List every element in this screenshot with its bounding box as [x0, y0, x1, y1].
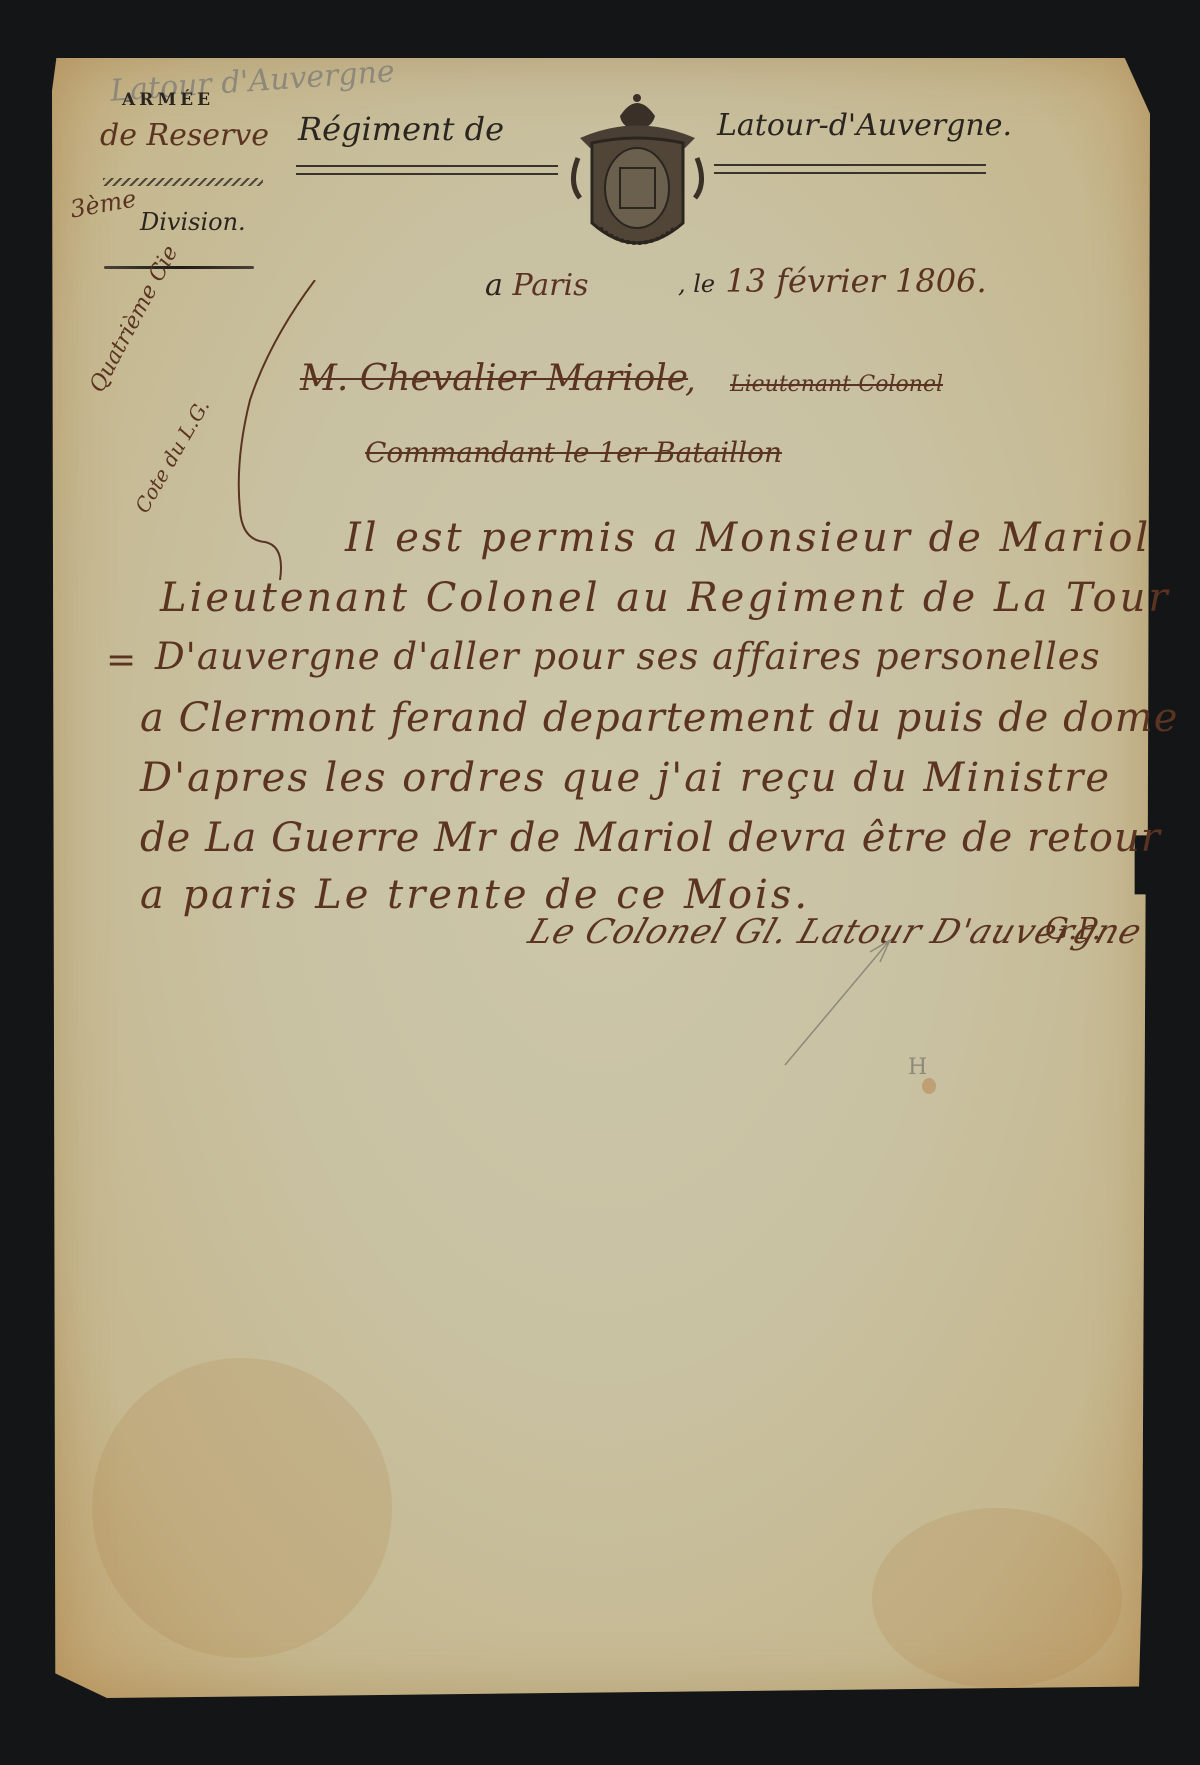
pencil-mark: H — [908, 1055, 927, 1080]
date: , le 13 février 1806. — [678, 262, 987, 300]
place-prefix: a — [485, 268, 503, 303]
body-line-4: a Clermont ferand departement du puis de… — [140, 695, 1178, 741]
body-line-6: de La Guerre Mr de Mariol devra être de … — [140, 815, 1161, 861]
age-stain — [872, 1508, 1122, 1688]
body-line-5: D'apres les ordres que j'ai reçu du Mini… — [140, 755, 1111, 801]
addressee-command: Commandant le 1er Bataillon — [365, 436, 782, 469]
date-prefix: , le — [678, 270, 715, 298]
age-spot — [922, 1078, 936, 1094]
armee-label: ARMÉE — [122, 90, 214, 110]
division-label: Division. — [140, 208, 246, 236]
margin-flourish — [230, 280, 320, 580]
double-rule-right — [714, 164, 986, 174]
coat-of-arms-icon — [560, 88, 715, 253]
addressee-rank: Lieutenant-Colonel — [730, 372, 943, 397]
addressee-comma: , — [685, 360, 696, 400]
body-line-3: D'auvergne d'aller pour ses affaires per… — [155, 635, 1101, 678]
addressee-name: M. Chevalier Mariole — [300, 358, 688, 399]
regiment-name: Latour-d'Auvergne. — [717, 108, 1012, 143]
body-line-2: Lieutenant Colonel au Regiment de La Tou… — [160, 575, 1171, 621]
margin-mark: = — [106, 640, 136, 681]
dateline: a Paris — [485, 268, 589, 303]
regiment-label: Régiment de — [298, 110, 504, 148]
pencil-arrow-icon — [780, 930, 900, 1070]
paraph: G.P. — [1045, 912, 1101, 947]
header-underline — [104, 266, 254, 269]
double-rule-left — [296, 165, 558, 175]
place: Paris — [512, 268, 588, 303]
armee-value: de Reserve — [100, 118, 269, 153]
body-line-1: Il est permis a Monsieur de Mariol — [345, 515, 1151, 561]
age-stain — [92, 1358, 392, 1658]
date-value: 13 février 1806. — [725, 262, 986, 300]
